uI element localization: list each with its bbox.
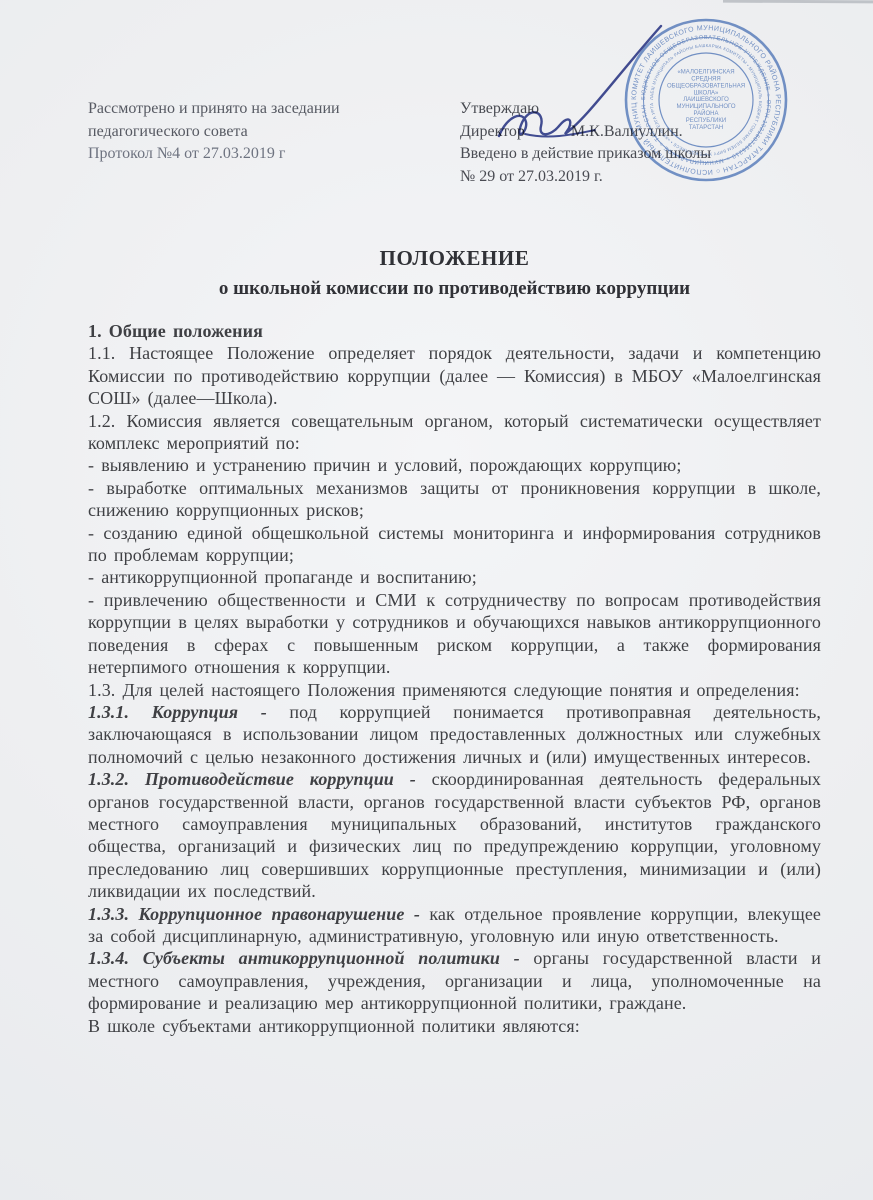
document-subtitle: о школьной комиссии по противодействию к… xyxy=(88,278,821,300)
document-title: ПОЛОЖЕНИЕ xyxy=(88,246,821,271)
paragraph-lead: 1.3.3. Коррупционное правонарушение - xyxy=(88,904,420,924)
paragraph: 1.3.4. Субъекты антикоррупционной полити… xyxy=(88,947,821,1014)
title-block: ПОЛОЖЕНИЕ о школьной комиссии по противо… xyxy=(88,246,821,300)
reviewed-line-1: Рассмотрено и принято на заседании xyxy=(88,98,340,121)
paragraph: В школе субъектами антикоррупционной пол… xyxy=(88,1015,821,1037)
stamp-center-line: РАЙОНА xyxy=(694,109,719,117)
reviewed-line-2: педагогического совета xyxy=(88,121,340,144)
paragraph: 1.1. Настоящее Положение определяет поря… xyxy=(88,342,821,409)
stamp-center-line: «МАЛОЕЛГИНСКАЯ xyxy=(677,70,734,76)
protocol-line: Протокол №4 от 27.03.2019 г xyxy=(88,143,340,166)
paragraph-lead: 1.3.4. Субъекты антикоррупционной полити… xyxy=(88,948,520,968)
document-page: Рассмотрено и принято на заседании педаг… xyxy=(0,0,873,1200)
paragraph: - выработке оптимальных механизмов защит… xyxy=(88,477,821,522)
stamp-center-line: РЕСПУБЛИКИ xyxy=(686,118,726,124)
paragraph: 1.3.2. Противодействие коррупции - скоор… xyxy=(88,768,821,902)
signature-stroke xyxy=(499,26,661,136)
stamp-center-line: МУНИЦИПАЛЬНОГО xyxy=(676,104,735,110)
paragraph: 1.3.3. Коррупционное правонарушение - ка… xyxy=(88,903,821,948)
paragraph-lead: 1.3.1. Коррупция - xyxy=(88,702,267,722)
stamp-center-line: ШКОЛА» xyxy=(694,90,719,96)
paragraph: 1.3. Для целей настоящего Положения прим… xyxy=(88,679,821,701)
director-signature xyxy=(495,16,680,156)
paragraph: 1.2. Комиссия является совещательным орг… xyxy=(88,410,821,455)
stamp-center-line: ТАТАРСТАН xyxy=(689,125,723,131)
paragraph: - выявлению и устранению причин и услови… xyxy=(88,454,821,476)
paragraph: - антикоррупционной пропаганде и воспита… xyxy=(88,566,821,588)
stamp-center-line: ЛАИШЕВСКОГО xyxy=(683,97,729,103)
paragraph: 1.3.1. Коррупция - под коррупцией понима… xyxy=(88,701,821,768)
document-body: 1. Общие положения1.1. Настоящее Положен… xyxy=(88,320,821,1037)
paragraph: - привлечению общественности и СМИ к сот… xyxy=(88,589,821,679)
stamp-center-line: СРЕДНЯЯ xyxy=(691,77,720,83)
paragraph-lead: 1.3.2. Противодействие коррупции - xyxy=(88,769,416,789)
scan-edge-artifact xyxy=(723,0,873,3)
approval-left-block: Рассмотрено и принято на заседании педаг… xyxy=(88,98,340,166)
paragraph: - созданию единой общешкольной системы м… xyxy=(88,522,821,567)
signature-flourish xyxy=(525,130,595,137)
section-heading: 1. Общие положения xyxy=(88,320,821,342)
